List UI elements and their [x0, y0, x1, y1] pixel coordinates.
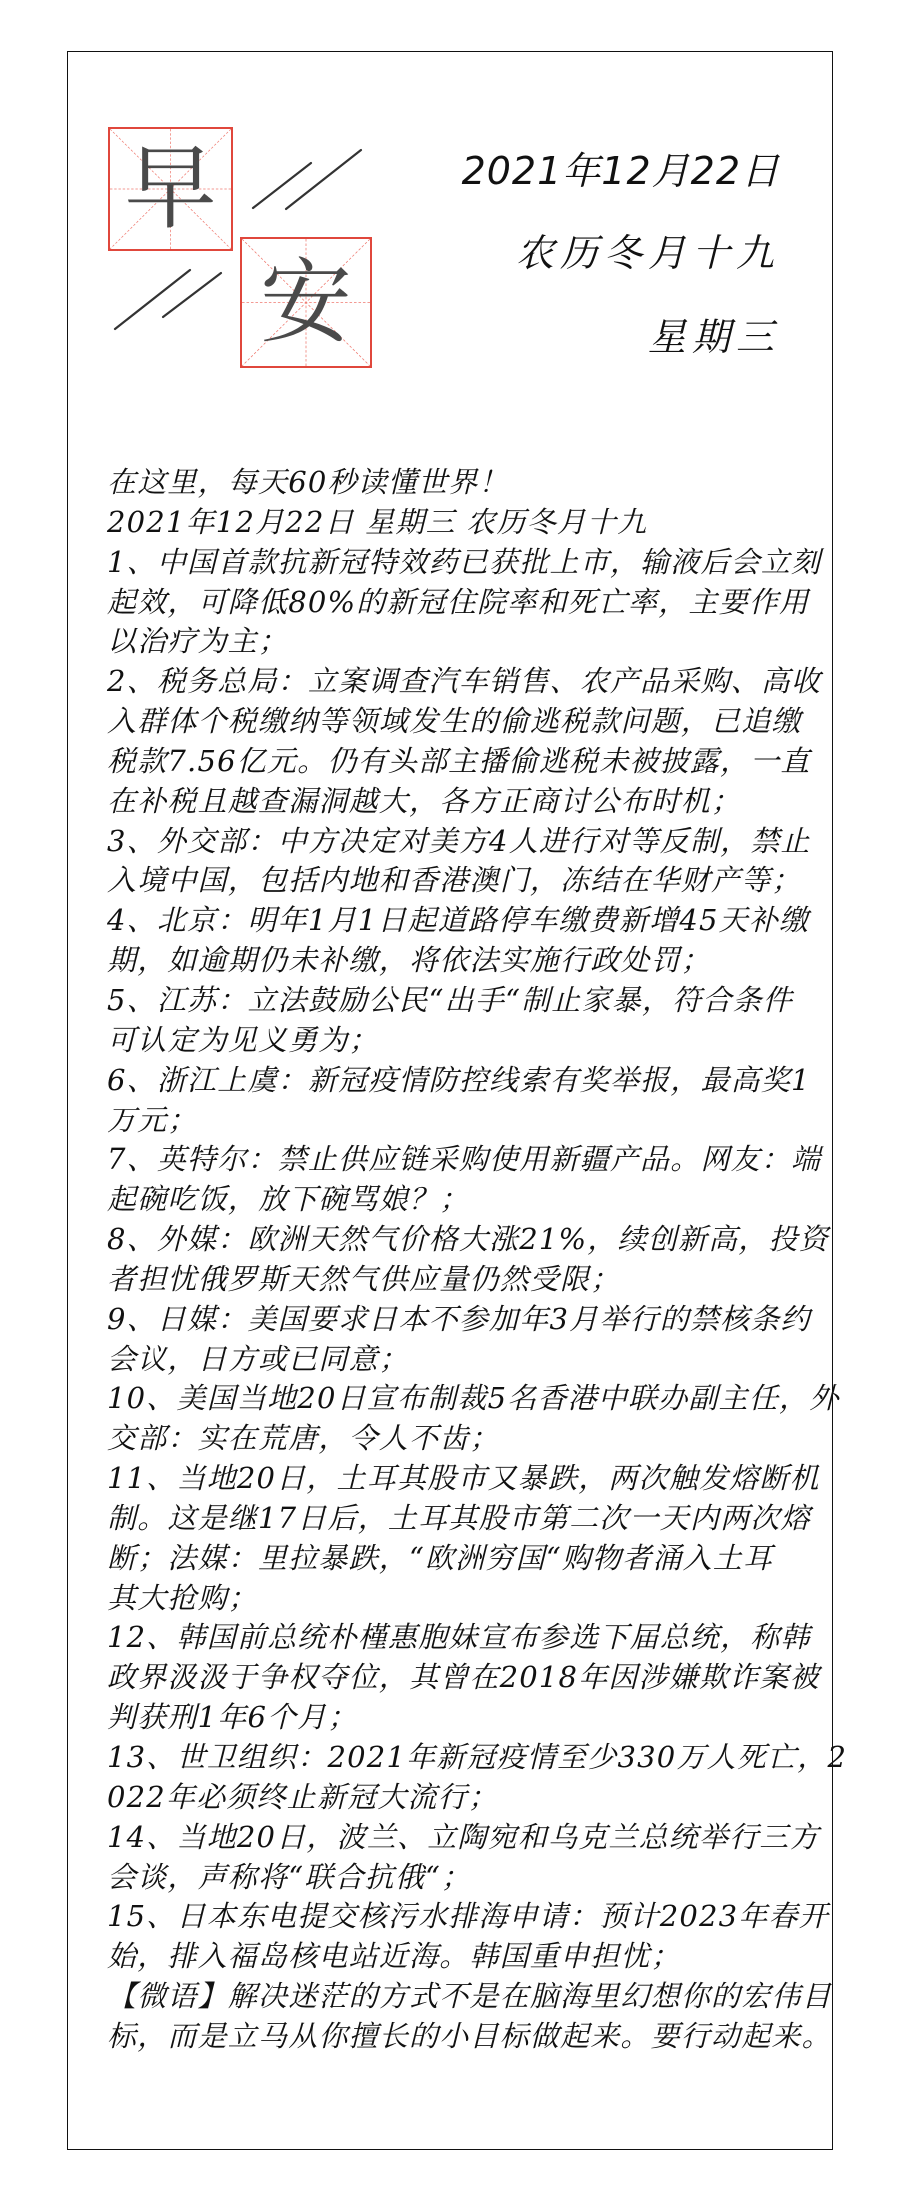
news-line: 12、韩国前总统朴槿惠胞妹宣布参选下届总统，称韩	[107, 1618, 807, 1658]
news-line: 6、浙江上虞：新冠疫情防控线索有奖举报，最高奖1	[107, 1061, 807, 1101]
news-line: 9、日媒：美国要求日本不参加年3月举行的禁核条约	[107, 1300, 807, 1340]
news-line: 14、当地20日，波兰、立陶宛和乌克兰总统举行三方	[107, 1818, 807, 1858]
title-char-box-zao: 早	[108, 127, 233, 251]
header-weekday: 星期三	[648, 306, 780, 361]
news-line: 7、英特尔：禁止供应链采购使用新疆产品。网友：端	[107, 1140, 807, 1180]
dateline: 2021年12月22日 星期三 农历冬月十九	[107, 503, 807, 543]
news-line: 15、日本东电提交核污水排海申请：预计2023年春开	[107, 1897, 807, 1937]
news-line: 万元；	[107, 1101, 807, 1141]
news-line: 2、税务总局：立案调查汽车销售、农产品采购、高收	[107, 662, 807, 702]
news-line: 以治疗为主；	[107, 622, 807, 662]
header-date: 2021年12月22日	[462, 140, 780, 195]
news-line: 8、外媒：欧洲天然气价格大涨21%，续创新高，投资	[107, 1220, 807, 1260]
news-line: 3、外交部：中方决定对美方4人进行对等反制，禁止	[107, 822, 807, 862]
news-line: 会议，日方或已同意；	[107, 1340, 807, 1380]
quote-line: 标，而是立马从你擅长的小目标做起来。要行动起来。	[107, 2017, 807, 2057]
news-line: 入群体个税缴纳等领域发生的偷逃税款问题，已追缴	[107, 702, 807, 742]
news-line: 政界汲汲于争权夺位，其曾在2018年因涉嫌欺诈案被	[107, 1658, 807, 1698]
news-line: 起效，可降低80%的新冠住院率和死亡率，主要作用	[107, 583, 807, 623]
news-line: 入境中国，包括内地和香港澳门，冻结在华财产等；	[107, 861, 807, 901]
news-line: 11、当地20日，土耳其股市又暴跌，两次触发熔断机	[107, 1459, 807, 1499]
news-line: 断；法媒：里拉暴跌，“欧洲穷国“购物者涌入土耳	[107, 1539, 807, 1579]
title-char-box-an: 安	[240, 237, 372, 368]
news-body: 在这里，每天60秒读懂世界！ 2021年12月22日 星期三 农历冬月十九 1、…	[107, 463, 807, 2057]
news-line: 4、北京：明年1月1日起道路停车缴费新增45天补缴	[107, 901, 807, 941]
news-line: 022年必须终止新冠大流行；	[107, 1778, 807, 1818]
title-char-zao: 早	[110, 129, 231, 249]
news-line: 起碗吃饭，放下碗骂娘？；	[107, 1180, 807, 1220]
news-line: 制。这是继17日后，土耳其股市第二次一天内两次熔	[107, 1499, 807, 1539]
news-line: 其大抢购；	[107, 1579, 807, 1619]
news-line: 10、美国当地20日宣布制裁5名香港中联办副主任，外	[107, 1379, 807, 1419]
news-line: 13、世卫组织：2021年新冠疫情至少330万人死亡，2	[107, 1738, 807, 1778]
news-line: 交部：实在荒唐，令人不齿；	[107, 1419, 807, 1459]
news-line: 期，如逾期仍未补缴，将依法实施行政处罚；	[107, 941, 807, 981]
title-char-an: 安	[242, 239, 370, 366]
news-line: 在补税且越查漏洞越大，各方正商讨公布时机；	[107, 782, 807, 822]
news-line: 会谈，声称将“联合抗俄“；	[107, 1858, 807, 1898]
news-line: 5、江苏：立法鼓励公民“出手“制止家暴，符合条件	[107, 981, 807, 1021]
quote-line: 【微语】解决迷茫的方式不是在脑海里幻想你的宏伟目	[107, 1977, 807, 2017]
news-line: 者担忧俄罗斯天然气供应量仍然受限；	[107, 1260, 807, 1300]
news-line: 始，排入福岛核电站近海。韩国重申担忧；	[107, 1937, 807, 1977]
header-lunar-date: 农历冬月十九	[516, 222, 780, 277]
news-line: 可认定为见义勇为；	[107, 1021, 807, 1061]
news-line: 税款7.56亿元。仍有头部主播偷逃税未被披露，一直	[107, 742, 807, 782]
intro-line: 在这里，每天60秒读懂世界！	[107, 463, 807, 503]
news-line: 1、中国首款抗新冠特效药已获批上市，输液后会立刻	[107, 543, 807, 583]
news-line: 判获刑1年6个月；	[107, 1698, 807, 1738]
